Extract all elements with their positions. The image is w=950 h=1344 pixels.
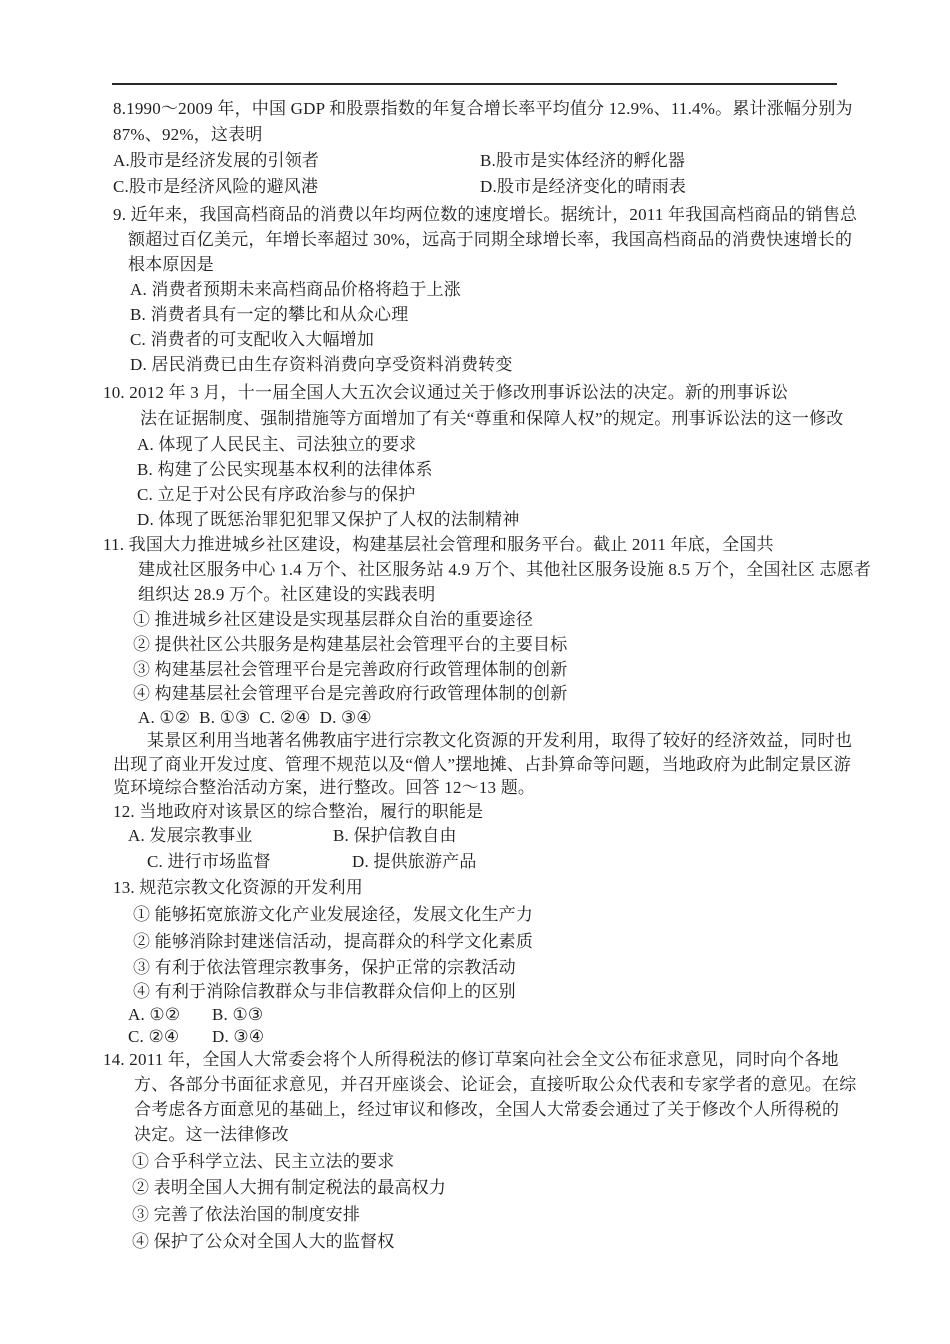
question-14-line: 决定。这一法律修改 — [134, 1123, 289, 1147]
question-14-line: 合考虑各方面意见的基础上，经过审议和修改，全国人大常委会通过了关于修改个人所得税… — [134, 1098, 839, 1122]
question-9-line: 9. 近年来，我国高档商品的消费以年均两位数的速度增长。据统计，2011 年我国… — [113, 203, 857, 227]
question-9-line: A. 消费者预期未来高档商品价格将趋于上涨 — [130, 278, 461, 302]
question-8-line: 8.1990～2009 年，中国 GDP 和股票指数的年复合增长率平均值分 12… — [113, 97, 853, 121]
question-13-line: ④ 有利于消除信教群众与非信教群众信仰上的区别 — [133, 980, 516, 1004]
question-10-line: B. 构建了公民实现基本权利的法律体系 — [137, 458, 433, 482]
question-12-line: B. 保护信教自由 — [333, 824, 457, 848]
top-rule — [112, 83, 837, 85]
question-9-line: C. 消费者的可支配收入大幅增加 — [130, 328, 374, 352]
question-12-line: 12. 当地政府对该景区的综合整治，履行的职能是 — [113, 800, 483, 824]
question-13-line: ② 能够消除封建迷信活动，提高群众的科学文化素质 — [133, 930, 533, 954]
question-11-line: ③ 构建基层社会管理平台是完善政府行政管理体制的创新 — [133, 658, 567, 682]
question-8-line: 87%、92%，这表明 — [113, 123, 263, 147]
question-12-line: C. 进行市场监督 — [147, 850, 271, 874]
question-10-line: D. 体现了既惩治罪犯犯罪又保护了人权的法制精神 — [137, 508, 520, 532]
question-12-line: D. 提供旅游产品 — [352, 850, 477, 874]
question-9-line: B. 消费者具有一定的攀比和从众心理 — [130, 303, 408, 327]
question-9-line: 额超过百亿美元，年增长率超过 30%，远高于同期全球增长率，我国高档商品的消费快… — [128, 228, 852, 252]
question-14-line: ② 表明全国人大拥有制定税法的最高权力 — [132, 1176, 446, 1200]
question-13-line: C. ②④ — [128, 1025, 179, 1049]
question-11-line: 建成社区服务中心 1.4 万个、社区服务站 4.9 万个、其他社区服务设施 8.… — [138, 558, 871, 582]
passage-12-13-line: 某景区利用当地著名佛教庙宇进行宗教文化资源的开发利用，取得了较好的经济效益，同时… — [147, 729, 852, 753]
question-8-line: B.股市是实体经济的孵化器 — [480, 149, 685, 173]
question-13-line: ① 能够拓宽旅游文化产业发展途径，发展文化生产力 — [133, 903, 533, 927]
question-11-line: ② 提供社区公共服务是构建基层社会管理平台的主要目标 — [133, 633, 567, 657]
question-14-line: 14. 2011 年，全国人大常委会将个人所得税法的修订草案向社会全文公布征求意… — [103, 1048, 839, 1072]
question-13-line: ③ 有利于依法管理宗教事务，保护正常的宗教活动 — [133, 956, 516, 980]
question-9-line: 根本原因是 — [128, 253, 214, 277]
document-page: 8.1990～2009 年，中国 GDP 和股票指数的年复合增长率平均值分 12… — [0, 0, 950, 1344]
question-14-line: 方、各部分书面征求意见，并召开座谈会、论证会，直接听取公众代表和专家学者的意见。… — [134, 1073, 856, 1097]
question-9-line: D. 居民消费已由生存资料消费向享受资料消费转变 — [130, 353, 513, 377]
question-11-line: 组织达 28.9 万个。社区建设的实践表明 — [138, 583, 435, 607]
passage-12-13-line: 览环境综合整治活动方案，进行整改。回答 12～13 题。 — [113, 776, 535, 800]
question-11-line: ① 推进城乡社区建设是实现基层群众自治的重要途径 — [133, 608, 533, 632]
question-8-line: C.股市是经济风险的避风港 — [113, 175, 318, 199]
question-13-line: B. ①③ — [212, 1003, 263, 1027]
question-13-line: A. ①② — [128, 1003, 180, 1027]
question-11-line: 11. 我国大力推进城乡社区建设，构建基层社会管理和服务平台。截止 2011 年… — [103, 533, 774, 557]
question-11-line: A. ①② B. ①③ C. ②④ D. ③④ — [138, 706, 372, 730]
question-13-line: D. ③④ — [212, 1025, 264, 1049]
question-8-line: D.股市是经济变化的晴雨表 — [480, 175, 686, 199]
question-10-line: A. 体现了人民民主、司法独立的要求 — [137, 433, 416, 457]
question-11-line: ④ 构建基层社会管理平台是完善政府行政管理体制的创新 — [133, 682, 567, 706]
question-10-line: 法在证据制度、强制措施等方面增加了有关“尊重和保障人权”的规定。刑事诉讼法的这一… — [140, 407, 844, 431]
question-14-line: ① 合乎科学立法、民主立法的要求 — [132, 1150, 394, 1174]
passage-12-13-line: 出现了商业开发过度、管理不规范以及“僧人”摆地摊、占卦算命等问题，当地政府为此制… — [113, 753, 851, 777]
question-8-line: A.股市是经济发展的引领者 — [113, 149, 319, 173]
question-10-line: C. 立足于对公民有序政治参与的保护 — [137, 483, 415, 507]
question-10-line: 10. 2012 年 3 月，十一届全国人大五次会议通过关于修改刑事诉讼法的决定… — [103, 381, 788, 405]
question-12-line: A. 发展宗教事业 — [128, 824, 253, 848]
question-13-line: 13. 规范宗教文化资源的开发利用 — [113, 876, 363, 900]
question-14-line: ④ 保护了公众对全国人大的监督权 — [132, 1230, 394, 1254]
question-14-line: ③ 完善了依法治国的制度安排 — [132, 1203, 360, 1227]
